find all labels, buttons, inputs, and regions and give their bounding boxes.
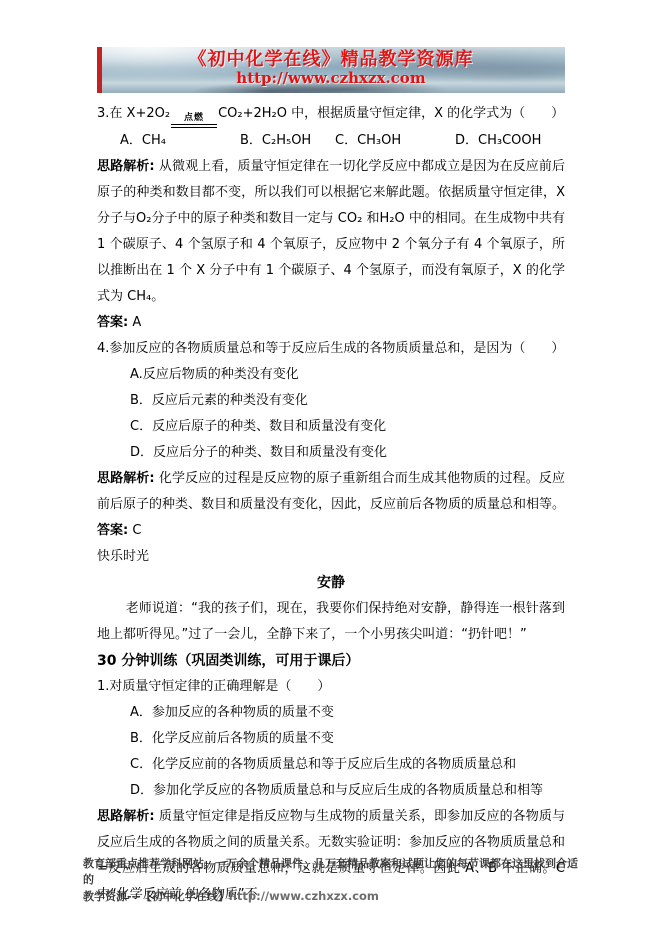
joke-title: 安静 (97, 570, 565, 596)
answer-value: A (132, 315, 141, 330)
question-4-answer: 答案: C (97, 518, 565, 544)
answer-label: 答案: (97, 523, 128, 538)
question-4-analysis: 思路解析: 化学反应的过程是反应物的原子重新组合而生成其他物质的过程。反应前后原… (97, 466, 565, 518)
content-column: 《初中化学在线》精品教学资源库 http://www.czhxzx.com 3.… (97, 47, 565, 908)
answer-value: C (132, 523, 141, 538)
site-banner: 《初中化学在线》精品教学资源库 http://www.czhxzx.com (97, 47, 565, 93)
q3-option-b: B．C₂H₅OH (240, 128, 335, 154)
question-3-answer: 答案: A (97, 310, 565, 336)
training-q1-stem: 1.对质量守恒定律的正确理解是（ ） (97, 674, 565, 700)
banner-text-block: 《初中化学在线》精品教学资源库 http://www.czhxzx.com (97, 47, 565, 87)
training-heading: 30 分钟训练（巩固类训练，可用于课后） (97, 648, 565, 674)
analysis-label: 思路解析: (97, 159, 155, 174)
answer-label: 答案: (97, 315, 128, 330)
reaction-condition-equals: 点燃 (171, 114, 217, 128)
q3-option-d: D．CH₃COOH (455, 128, 541, 154)
footer-line1: 教育部重点推荐学科网站。一万余个精品课件，几万套精品教案和试题让您的每节课都在这… (83, 857, 578, 886)
worksheet-page: 《初中化学在线》精品教学资源库 http://www.czhxzx.com 3.… (0, 0, 661, 935)
q1-option-a: A．参加反应的各种物质的质量不变 (97, 700, 565, 726)
q4-option-b: B．反应后元素的种类没有变化 (97, 388, 565, 414)
analysis-text: 从微观上看，质量守恒定律在一切化学反应中都成立是因为在反应前后原子的种类和数目都… (97, 159, 565, 304)
q4-option-a: A.反应后物质的种类没有变化 (97, 362, 565, 388)
banner-site-title: 《初中化学在线》精品教学资源库 (97, 47, 565, 71)
analysis-text: 化学反应的过程是反应物的原子重新组合而生成其他物质的过程。反应前后原子的种类、数… (97, 471, 565, 512)
q4-option-d: D．反应后分子的种类、数目和质量没有变化 (97, 440, 565, 466)
q1-option-d: D．参加化学反应的各物质质量总和与反应后生成的各物质质量总和相等 (97, 778, 565, 804)
analysis-label: 思路解析: (97, 471, 155, 486)
footer-watermark: 教育部重点推荐学科网站。一万余个精品课件，几万套精品教案和试题让您的每节课都在这… (83, 856, 583, 905)
condition-label: 点燃 (184, 114, 204, 123)
footer-line2: 教学资源---【初中化学在线】 (83, 890, 229, 903)
q3-option-c: C．CH₃OH (335, 128, 455, 154)
q1-option-c: C．化学反应前的各物质质量总和等于反应后生成的各物质质量总和 (97, 752, 565, 778)
q1-option-b: B．化学反应前后各物质的质量不变 (97, 726, 565, 752)
q3-stem-before: 3.在 X+2O₂ (97, 106, 170, 121)
q4-option-c: C．反应后原子的种类、数目和质量没有变化 (97, 414, 565, 440)
joke-story: 老师说道：“我的孩子们，现在，我要你们保持绝对安静，静得连一根针落到地上都听得见… (97, 596, 565, 648)
analysis-label: 思路解析: (97, 809, 155, 824)
question-3-stem: 3.在 X+2O₂点燃CO₂+2H₂O 中，根据质量守恒定律，X 的化学式为（ … (97, 101, 565, 128)
q3-option-a: A．CH₄ (120, 128, 240, 154)
footer-url: http://www.czhxzx.com (229, 889, 379, 903)
banner-site-url: http://www.czhxzx.com (97, 70, 565, 87)
q3-stem-after: CO₂+2H₂O 中，根据质量守恒定律，X 的化学式为（ ） (218, 106, 564, 121)
question-4-stem: 4.参加反应的各物质质量总和等于反应后生成的各物质质量总和，是因为（ ） (97, 336, 565, 362)
question-3-analysis: 思路解析: 从微观上看，质量守恒定律在一切化学反应中都成立是因为在反应前后原子的… (97, 154, 565, 310)
happy-time-label: 快乐时光 (97, 544, 565, 570)
question-3-options: A．CH₄ B．C₂H₅OH C．CH₃OH D．CH₃COOH (97, 128, 565, 154)
